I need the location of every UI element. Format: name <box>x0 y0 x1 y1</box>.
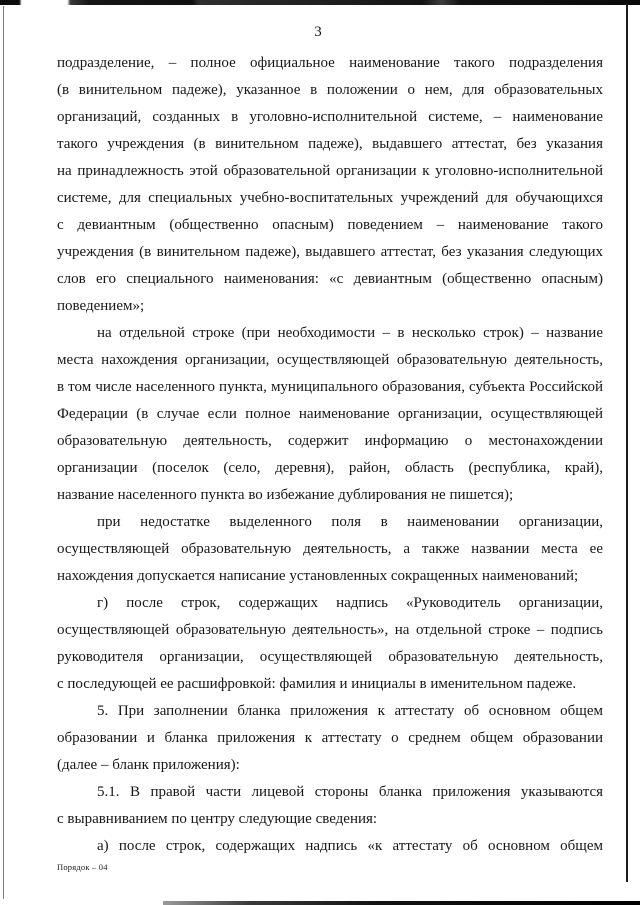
text-line: руководителя организации, осуществляющей… <box>57 644 603 671</box>
text-line: в том числе населенного пункта, муниципа… <box>57 374 603 401</box>
text-line: организации (поселок (село, деревня), ра… <box>57 455 603 482</box>
text-line: такого учреждения (в винительном падеже)… <box>57 131 603 158</box>
page-number: 3 <box>57 24 579 41</box>
text-line: нахождения допускается написание установ… <box>57 563 603 590</box>
text-line: места нахождения организации, осуществля… <box>57 347 603 374</box>
text-line: осуществляющей образовательную деятельно… <box>57 536 603 563</box>
text-line: название населенного пункта во избежание… <box>57 482 603 509</box>
text-line: осуществляющей образовательную деятельно… <box>57 617 603 644</box>
text-block: подразделение, – полное официальное наим… <box>57 50 603 860</box>
footer-label: Порядок – 04 <box>57 862 108 872</box>
text-line: 5.1. В правой части лицевой стороны блан… <box>57 779 603 806</box>
text-line: (в винительном падеже), указанное в поло… <box>57 77 603 104</box>
text-line: при недостатке выделенного поля в наимен… <box>57 509 603 536</box>
text-line: с последующей ее расшифровкой: фамилия и… <box>57 671 603 698</box>
scan-artifact-bottom-edge <box>163 901 640 905</box>
text-line: на отдельной строке (при необходимости –… <box>57 320 603 347</box>
text-line: поведением»; <box>57 293 603 320</box>
text-line: а) после строк, содержащих надпись «к ат… <box>57 833 603 860</box>
text-line: слов его специального наименования: «с д… <box>57 266 603 293</box>
scan-artifact-right-edge <box>626 4 628 882</box>
document-page: 3 подразделение, – полное официальное на… <box>0 0 640 905</box>
text-line: г) после строк, содержащих надпись «Руко… <box>57 590 603 617</box>
text-line: с девиантным (общественно опасным) повед… <box>57 212 603 239</box>
text-line: Федерации (в случае если полное наименов… <box>57 401 603 428</box>
text-line: организаций, созданных в уголовно-исполн… <box>57 104 603 131</box>
text-line: системе, для специальных учебно-воспитат… <box>57 185 603 212</box>
scan-artifact-left-edge <box>3 6 4 899</box>
scan-artifact-top-edge <box>0 0 640 5</box>
text-line: образовании и бланка приложения к аттест… <box>57 725 603 752</box>
text-line: с выравниванием по центру следующие свед… <box>57 806 603 833</box>
text-line: (далее – бланк приложения): <box>57 752 603 779</box>
text-line: подразделение, – полное официальное наим… <box>57 50 603 77</box>
text-line: учреждения (в винительном падеже), выдав… <box>57 239 603 266</box>
text-line: образовательную деятельность, содержит и… <box>57 428 603 455</box>
text-line: на принадлежность этой образовательной о… <box>57 158 603 185</box>
text-line: 5. При заполнении бланка приложения к ат… <box>57 698 603 725</box>
